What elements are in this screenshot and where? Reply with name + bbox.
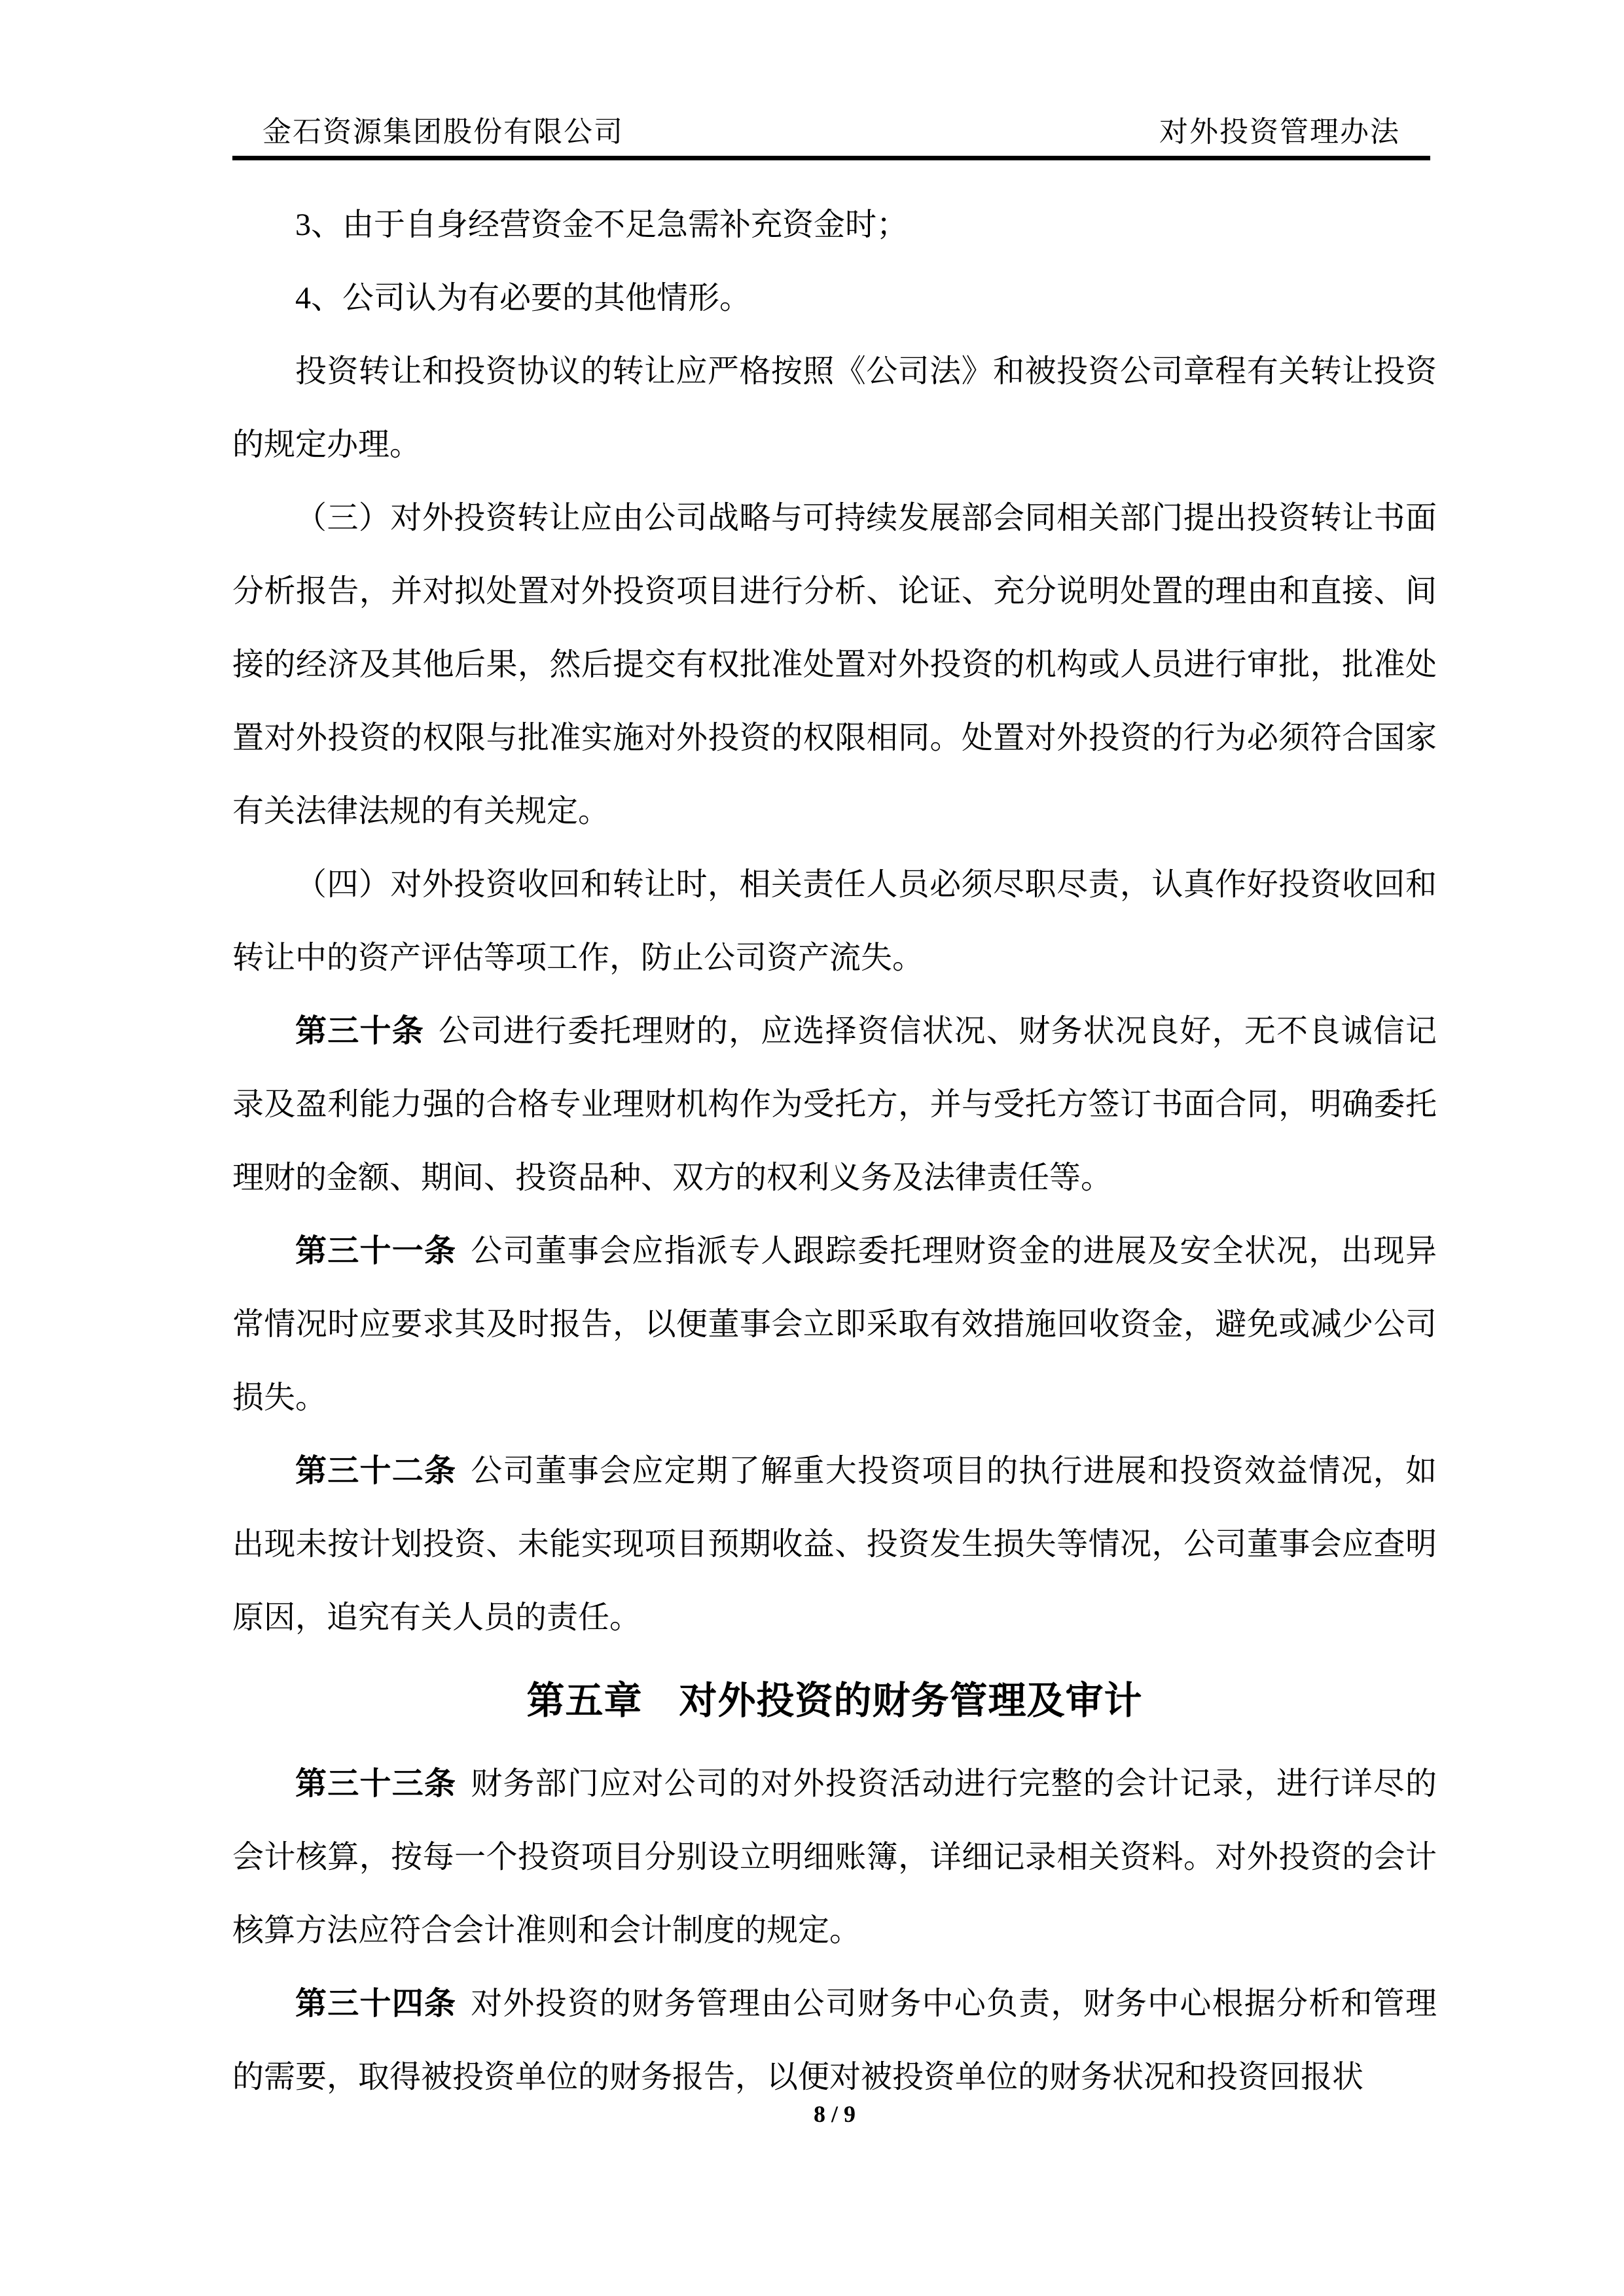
- article-label-33: 第三十三条: [295, 1767, 456, 1801]
- article-paragraph-30: 第三十条公司进行委托理财的，应选择资信状况、财务状况良好，无不良诚信记录及盈利能…: [232, 995, 1437, 1215]
- paragraph-transfer-rules: 投资转让和投资协议的转让应严格按照《公司法》和被投资公司章程有关转让投资的规定办…: [232, 335, 1437, 482]
- chapter-label: 第五章: [526, 1679, 642, 1722]
- article-paragraph-32: 第三十二条公司董事会应定期了解重大投资项目的执行进展和投资效益情况，如出现未按计…: [232, 1435, 1437, 1655]
- paragraph-item-four: （四）对外投资收回和转让时，相关责任人员必须尽职尽责，认真作好投资收回和转让中的…: [232, 848, 1437, 995]
- article-paragraph-31: 第三十一条公司董事会应指派专人跟踪委托理财资金的进展及安全状况，出现异常情况时应…: [232, 1215, 1437, 1435]
- article-label-32: 第三十二条: [295, 1454, 456, 1488]
- list-item-3: 3、由于自身经营资金不足急需补充资金时；: [232, 188, 1437, 262]
- page-header: 金石资源集团股份有限公司 对外投资管理办法: [232, 117, 1430, 160]
- article-label-34: 第三十四条: [295, 1986, 456, 2021]
- page-header-row: 金石资源集团股份有限公司 对外投资管理办法: [232, 117, 1430, 148]
- paragraph-item-three: （三）对外投资转让应由公司战略与可持续发展部会同相关部门提出投资转让书面分析报告…: [232, 482, 1437, 848]
- page-number: 8 / 9: [814, 2101, 856, 2127]
- page-footer: 8 / 9: [232, 2100, 1437, 2128]
- document-body: 3、由于自身经营资金不足急需补充资金时； 4、公司认为有必要的其他情形。 投资转…: [232, 188, 1437, 2114]
- chapter-title: 对外投资的财务管理及审计: [679, 1679, 1143, 1722]
- article-label-31: 第三十一条: [295, 1234, 456, 1268]
- document-page: 金石资源集团股份有限公司 对外投资管理办法 3、由于自身经营资金不足急需补充资金…: [0, 0, 1624, 2296]
- chapter-heading: 第五章对外投资的财务管理及审计: [232, 1655, 1437, 1748]
- article-paragraph-34: 第三十四条对外投资的财务管理由公司财务中心负责，财务中心根据分析和管理的需要，取…: [232, 1967, 1437, 2114]
- header-doc-title: 对外投资管理办法: [1159, 117, 1400, 148]
- list-item-4: 4、公司认为有必要的其他情形。: [232, 262, 1437, 335]
- article-label-30: 第三十条: [295, 1014, 424, 1049]
- article-paragraph-33: 第三十三条财务部门应对公司的对外投资活动进行完整的会计记录，进行详尽的会计核算，…: [232, 1748, 1437, 1967]
- header-company-name: 金石资源集团股份有限公司: [262, 117, 624, 148]
